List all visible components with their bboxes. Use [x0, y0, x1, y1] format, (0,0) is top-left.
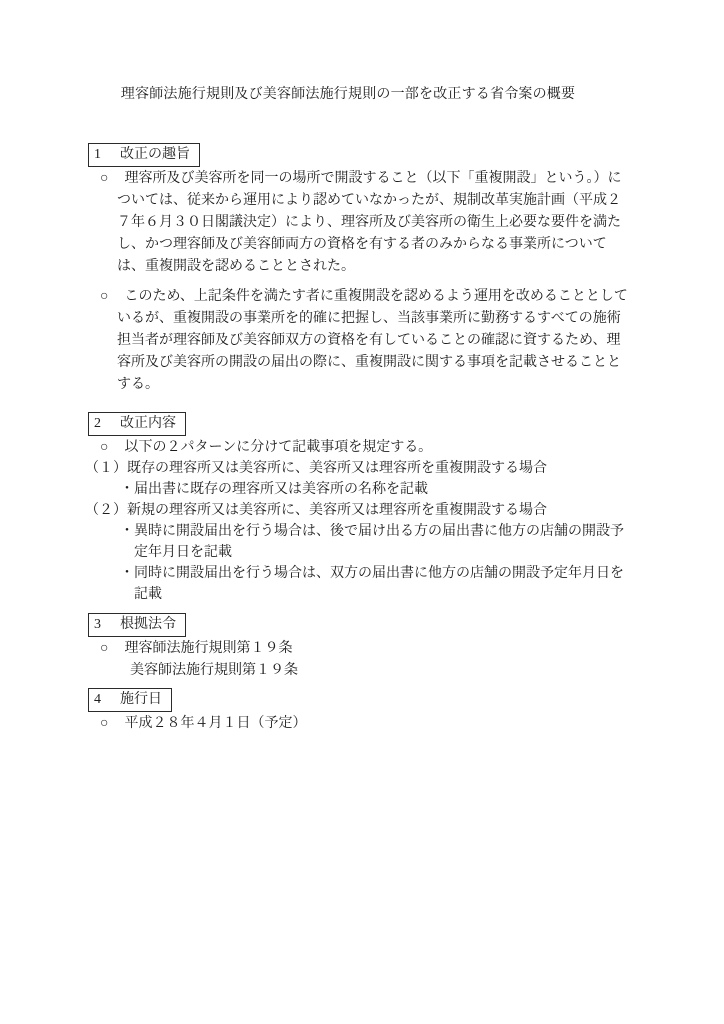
section-2-heading-box: 2改正内容 [88, 412, 186, 436]
section-3-heading-box: 3根拠法令 [88, 613, 186, 637]
section-1-paragraph-2: ○このため、上記条件を満たす者に重複開設を認めるよう運用を改めることとしているが… [117, 286, 628, 396]
circle-bullet-marker: ○ [100, 641, 108, 656]
section-3-heading-label: 根拠法令 [120, 617, 176, 632]
section-2-item-1-sub-1-text: 届出書に既存の理容所又は美容所の名称を記載 [134, 482, 428, 497]
section-2-item-2-sub-1-text: 異時に開設届出を行う場合は、後で届け出る方の届出書に他方の店舗の開設予定年月日を… [134, 524, 624, 560]
effective-date-text: 平成２８年４月１日（予定） [124, 716, 306, 731]
section-2-item-2-sub-2: ・同時に開設届出を行う場合は、双方の届出書に他方の店舗の開設予定年月日を記載 [134, 563, 628, 605]
document-page: 理容師法施行規則及び美容師法施行規則の一部を改正する省令案の概要 1改正の趣旨 … [0, 0, 724, 1024]
section-2-item-2-sub-2-text: 同時に開設届出を行う場合は、双方の届出書に他方の店舗の開設予定年月日を記載 [134, 566, 624, 602]
circle-bullet-marker: ○ [100, 171, 108, 186]
section-2: 2改正内容 ○以下の２パターンに分けて記載事項を規定する。 （１）既存の理容所又… [0, 412, 724, 605]
section-3-heading-row: 3根拠法令 [0, 613, 724, 637]
dot-bullet-marker: ・ [120, 566, 134, 581]
section-1-paragraph-1: ○理容所及び美容所を同一の場所で開設すること（以下「重複開設」という。）について… [117, 168, 628, 278]
section-1-paragraph-2-text: このため、上記条件を満たす者に重複開設を認めるよう運用を改めることとしているが、… [117, 289, 628, 392]
section-2-heading-label: 改正内容 [120, 416, 176, 431]
section-3: 3根拠法令 ○理容師法施行規則第１９条 美容師法施行規則第１９条 [0, 613, 724, 682]
section-1-number: 1 [94, 146, 105, 163]
section-4: 4施行日 ○平成２８年４月１日（予定） [0, 688, 724, 735]
section-2-intro: ○以下の２パターンに分けて記載事項を規定する。 [117, 437, 628, 458]
section-1-paragraph-1-text: 理容所及び美容所を同一の場所で開設すること（以下「重複開設」という。）については… [117, 171, 621, 274]
circle-bullet-marker: ○ [100, 716, 108, 731]
law-reference-line-2: 美容師法施行規則第１９条 [130, 660, 724, 682]
dot-bullet-marker: ・ [120, 482, 134, 497]
section-3-number: 3 [94, 616, 105, 633]
section-4-heading-label: 施行日 [120, 692, 162, 707]
section-2-item-1: （１）既存の理容所又は美容所に、美容所又は理容所を重複開設する場合 [85, 458, 630, 479]
document-title: 理容師法施行規則及び美容師法施行規則の一部を改正する省令案の概要 [0, 0, 724, 105]
section-2-number: 2 [94, 415, 105, 432]
section-2-item-2-sub-1: ・異時に開設届出を行う場合は、後で届け出る方の届出書に他方の店舗の開設予定年月日… [134, 521, 628, 563]
section-4-heading-row: 4施行日 [0, 688, 724, 712]
law-reference-line-1-text: 理容師法施行規則第１９条 [124, 641, 292, 656]
circle-bullet-marker: ○ [100, 289, 108, 304]
effective-date-line: ○平成２８年４月１日（予定） [117, 713, 724, 735]
section-1-heading-row: 1改正の趣旨 [0, 143, 724, 167]
law-reference-line-1: ○理容師法施行規則第１９条 [117, 638, 724, 660]
section-2-intro-text: 以下の２パターンに分けて記載事項を規定する。 [124, 440, 432, 455]
section-1-heading-box: 1改正の趣旨 [88, 143, 200, 167]
section-4-heading-box: 4施行日 [88, 688, 172, 712]
dot-bullet-marker: ・ [120, 524, 134, 539]
section-4-number: 4 [94, 691, 105, 708]
section-1-heading-label: 改正の趣旨 [120, 147, 190, 162]
section-1: 1改正の趣旨 ○理容所及び美容所を同一の場所で開設すること（以下「重複開設」とい… [0, 143, 724, 396]
section-2-item-1-sub-1: ・届出書に既存の理容所又は美容所の名称を記載 [134, 479, 628, 500]
circle-bullet-marker: ○ [100, 440, 108, 455]
section-2-heading-row: 2改正内容 [0, 412, 724, 436]
section-2-item-2: （２）新規の理容所又は美容所に、美容所又は理容所を重複開設する場合 [85, 500, 630, 521]
